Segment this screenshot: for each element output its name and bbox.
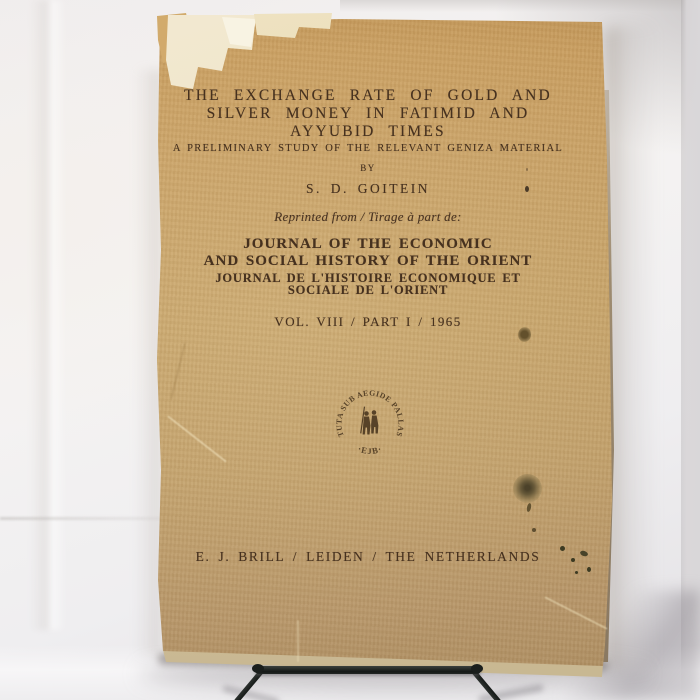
backdrop-crease [30, 0, 66, 630]
stain-drip [532, 528, 536, 532]
backdrop-top-shading [340, 0, 700, 12]
stand-bar-end [252, 664, 264, 673]
reprint-note: Reprinted from / Tirage à part de: [160, 209, 576, 225]
seal-motto-text: TUTA SUB AEGIDE PALLAS [334, 388, 405, 438]
ink-spot [575, 571, 578, 574]
publisher-line: E. J. BRILL / LEIDEN / THE NETHERLANDS [160, 549, 576, 565]
stand-bar-end [471, 664, 483, 673]
journal-name-english: JOURNAL OF THE ECONOMIC AND SOCIAL HISTO… [160, 236, 576, 269]
stand-front-bar [255, 666, 481, 674]
by-label: BY [160, 163, 576, 173]
journal-en-line-1: JOURNAL OF THE ECONOMIC [160, 236, 576, 253]
seal-figures-icon [360, 407, 378, 435]
seal-monogram-text: ·EJB· [356, 444, 383, 456]
title-line-3: AYYUBID TIMES [160, 123, 576, 141]
author-name: S. D. GOITEIN [160, 181, 576, 197]
seal-monogram: ·EJB· [356, 444, 383, 456]
product-photo: THE EXCHANGE RATE OF GOLD AND SILVER MON… [0, 0, 700, 700]
journal-name-french: JOURNAL DE L'HISTOIRE ECONOMIQUE ET SOCI… [160, 273, 576, 297]
brill-seal-icon: TUTA SUB AEGIDE PALLAS ·EJB· [327, 381, 413, 467]
ink-spot [587, 567, 591, 572]
volume-line: VOL. VIII / PART I / 1965 [160, 314, 576, 330]
large-stain [513, 474, 542, 503]
cover-crease [297, 620, 299, 662]
journal-fr-line-2: SOCIALE DE L'ORIENT [160, 285, 576, 297]
title-line-1: THE EXCHANGE RATE OF GOLD AND [160, 87, 576, 105]
seal-motto: TUTA SUB AEGIDE PALLAS [334, 388, 405, 438]
title-line-2: SILVER MONEY IN FATIMID AND [160, 105, 576, 123]
cover-title: THE EXCHANGE RATE OF GOLD AND SILVER MON… [160, 87, 576, 141]
journal-en-line-2: AND SOCIAL HISTORY OF THE ORIENT [160, 253, 576, 270]
cover-subtitle: A PRELIMINARY STUDY OF THE RELEVANT GENI… [160, 143, 576, 154]
